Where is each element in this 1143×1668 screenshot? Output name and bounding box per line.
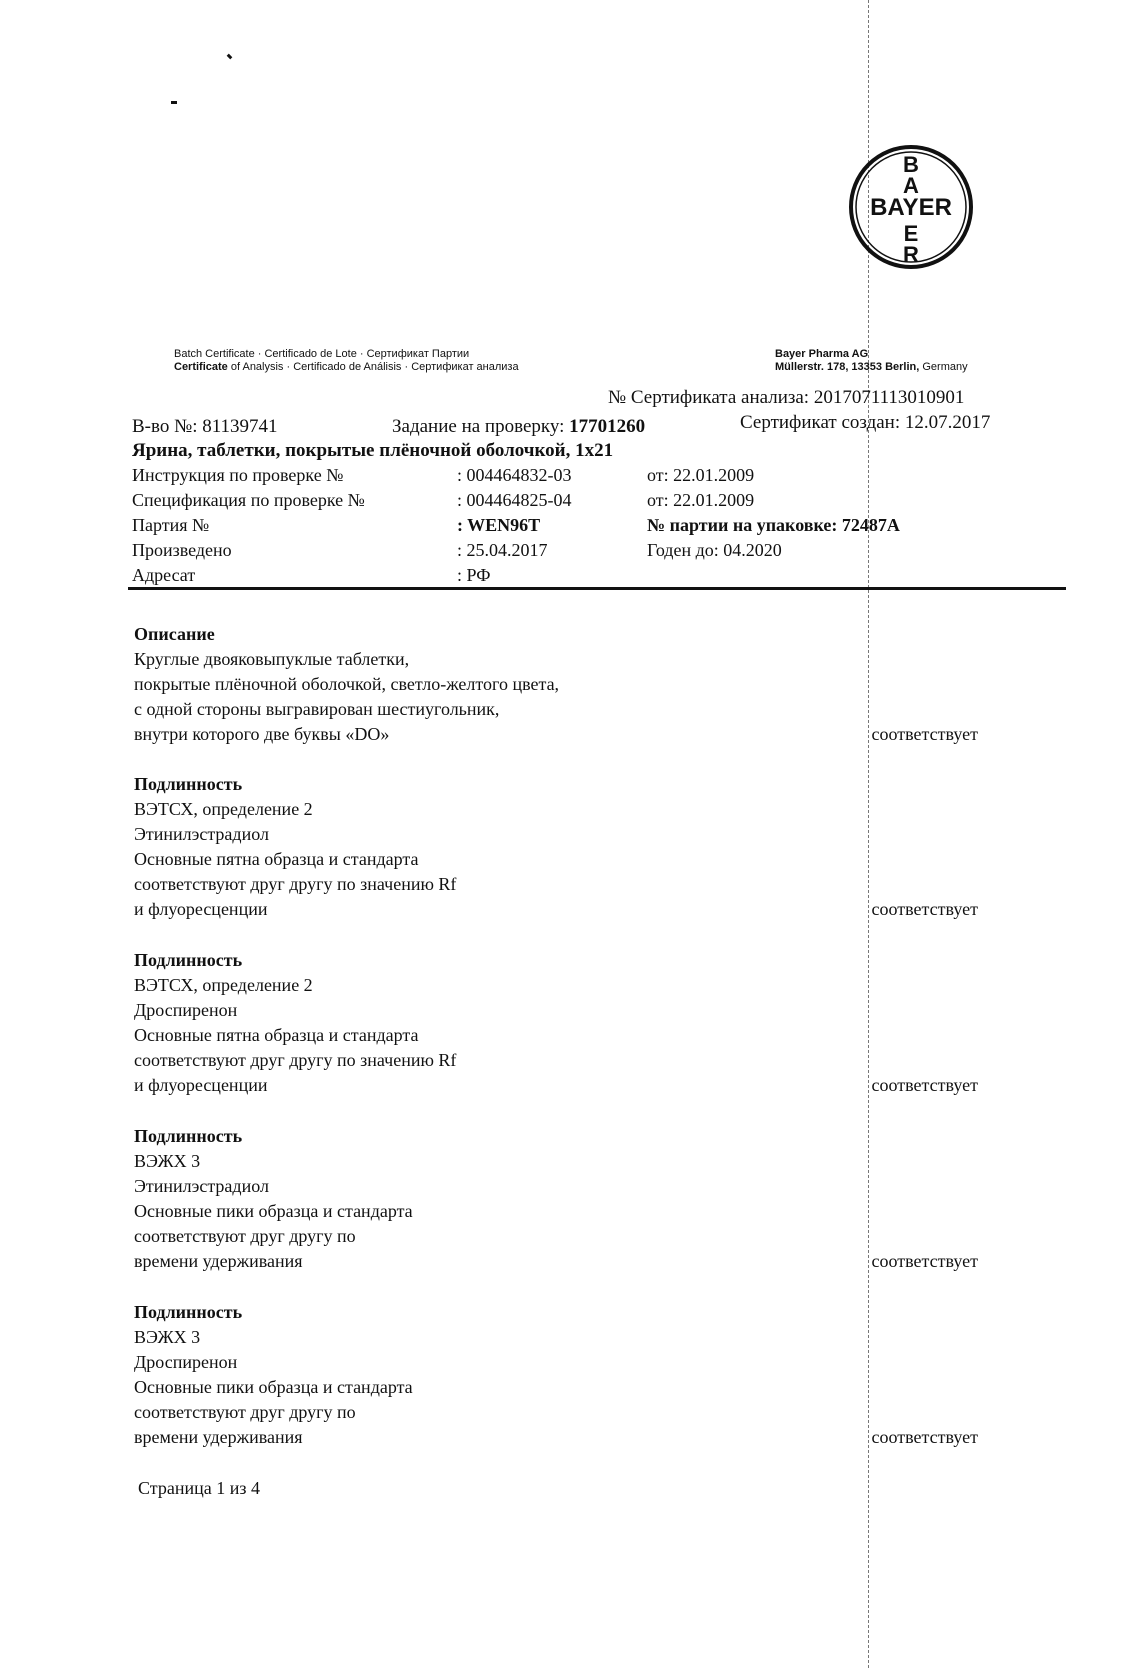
bayer-logo-icon: BAYER B A E R — [846, 142, 976, 272]
certificate-created-value: 12.07.2017 — [905, 412, 991, 433]
section-result: соответствует — [872, 722, 978, 747]
product-title: Ярина, таблетки, покрытые плёночной обол… — [132, 438, 613, 463]
section-result: соответствует — [872, 1073, 978, 1098]
page-number: Страница 1 из 4 — [138, 1478, 260, 1499]
svg-text:R: R — [903, 242, 919, 267]
company-name: Bayer Pharma AG — [775, 348, 968, 361]
section-title: Подлинность — [134, 948, 1034, 973]
section-title: Подлинность — [134, 1300, 1034, 1325]
analysis-certificate-number: № Сертификата анализа: 2017071113010901 — [608, 385, 964, 410]
section-result: соответствует — [872, 897, 978, 922]
header-band-left: Batch Certificate · Certificado de Lote … — [174, 348, 519, 374]
section-identity-hplc-drospirenone: Подлинность ВЭЖХ 3 Дроспиренон Основные … — [134, 1300, 1034, 1450]
logo-horizontal-text: BAYER — [870, 194, 952, 221]
scan-artifact — [171, 101, 177, 104]
section-title: Подлинность — [134, 772, 1034, 797]
header-line-batch-certificate: Batch Certificate · Certificado de Lote … — [174, 348, 519, 361]
header-line-certificate-of-analysis: Certificate of Analysis · Certificado de… — [174, 361, 519, 374]
section-identity-hplc-ethinylestradiol: Подлинность ВЭЖХ 3 Этинилэстрадиол Основ… — [134, 1124, 1034, 1274]
section-result: соответствует — [872, 1425, 978, 1450]
section-identity-tlc-ethinylestradiol: Подлинность ВЭТСХ, определение 2 Этинилэ… — [134, 772, 1034, 922]
section-identity-tlc-drospirenone: Подлинность ВЭТСХ, определение 2 Дроспир… — [134, 948, 1034, 1098]
section-description: Описание Круглые двояковыпуклые таблетки… — [134, 622, 1034, 747]
certificate-created: Сертификат создан: 12.07.2017 — [740, 410, 990, 435]
svg-text:A: A — [903, 173, 919, 198]
analysis-number-label: № Сертификата анализа: — [608, 387, 809, 408]
company-address: Müllerstr. 178, 13353 Berlin, Germany — [775, 361, 968, 374]
scan-artifact — [227, 54, 233, 60]
section-title: Подлинность — [134, 1124, 1034, 1149]
header-divider — [128, 587, 1066, 590]
header-band-right: Bayer Pharma AG Müllerstr. 178, 13353 Be… — [775, 348, 968, 374]
analysis-number-value: 2017071113010901 — [814, 387, 965, 408]
item-number: В-во №: 81139741 — [132, 414, 278, 439]
task-number-value: 17701260 — [569, 416, 645, 437]
item-number-value: 81139741 — [202, 416, 277, 437]
section-result: соответствует — [872, 1249, 978, 1274]
section-title: Описание — [134, 622, 1034, 647]
task-number: Задание на проверку: 17701260 — [392, 414, 645, 439]
